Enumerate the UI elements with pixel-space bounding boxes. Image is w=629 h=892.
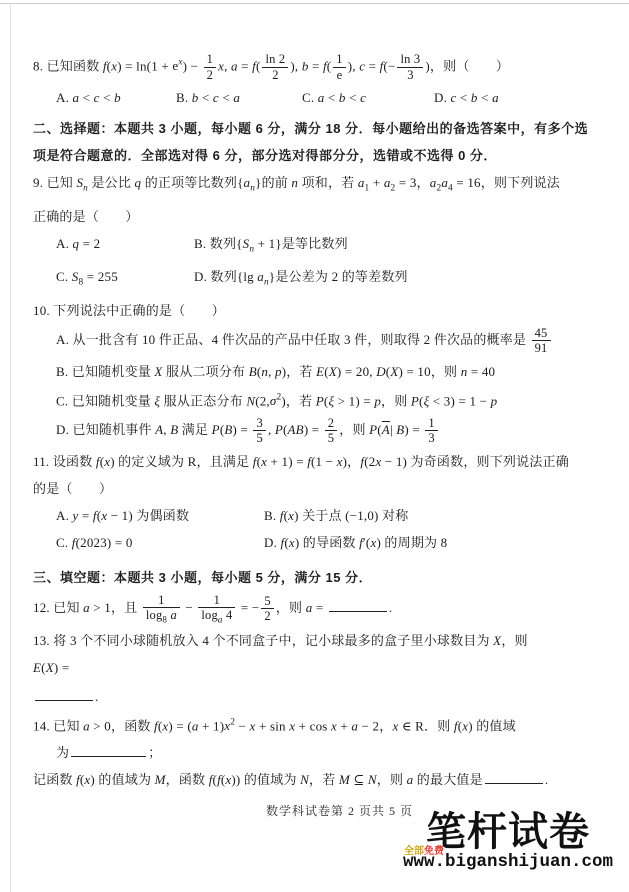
math-var: x [331, 718, 337, 733]
math-sup: σ2 [270, 393, 282, 408]
question-9-options-row2-col-1: C. S8 = 255 [56, 265, 194, 295]
math-var: P [411, 393, 419, 408]
section-2-header-line1: 二、选择题：本题共 3 小题，每小题 6 分，满分 18 分．每小题给出的备选答… [33, 117, 603, 140]
blank-underline [329, 596, 387, 612]
question-10-option-d: D. 已知随机事件 A, B 满足 P(B) = 35, P(AB) = 25，… [33, 416, 603, 446]
math-var: x [375, 454, 381, 469]
math-var: x [101, 508, 107, 523]
math-var: q [135, 175, 142, 190]
math-var: f [360, 454, 364, 469]
math-var: M [155, 772, 166, 787]
question-9-options-row2: C. S8 = 255D. 数列{lg an}是公差为 2 的等差数列 [33, 265, 603, 295]
section-2-header-line2: 项是符合题意的．全部选对得 6 分，部分选对得部分分，选错或不选得 0 分． [33, 144, 603, 167]
math-var: a [83, 718, 90, 733]
question-8-options-col-1: A. a < c < b [56, 86, 176, 109]
fraction: 35 [253, 416, 265, 446]
math-sup: ex [172, 58, 182, 73]
math-var: x [392, 718, 398, 733]
math-sub: a2 [384, 175, 396, 190]
question-11-options-row1: A. y = f(x − 1) 为偶函数B. f(x) 关于点 (−1,0) 对… [33, 504, 603, 527]
question-9-options-row1: A. q = 2B. 数列{Sn + 1}是等比数列 [33, 232, 603, 262]
math-var: p [491, 393, 498, 408]
math-var: f [280, 508, 284, 523]
math-var: y [73, 508, 79, 523]
math-var: f [253, 454, 257, 469]
math-var: A [155, 422, 163, 437]
exam-content: 8. 已知函数 f(x) = ln(1 + ex) − 12x, a = f(l… [33, 52, 603, 795]
question-10-option-a: A. 从一批含有 10 件正品、4 件次品的产品中任取 3 件，则取得 2 件次… [33, 326, 603, 356]
math-var: B [396, 422, 404, 437]
math-var: ξ [424, 393, 430, 408]
math-var: c [451, 90, 457, 105]
fraction: 1e [333, 52, 345, 82]
math-var: x [289, 718, 295, 733]
watermark: 全部免费 笔杆试卷 www.biganshijuan.com [392, 810, 624, 872]
question-8-options-col-2: B. b < c < a [176, 86, 302, 109]
math-sub: an [244, 175, 256, 190]
math-var: x [462, 718, 468, 733]
math-var: a [318, 90, 325, 105]
math-var: E [316, 364, 324, 379]
math-var: B [224, 422, 232, 437]
question-10-option-c: C. 已知随机变量 ξ 服从正态分布 N(2,σ2)，若 P(ξ > 1) = … [33, 387, 603, 412]
math-var: a [231, 58, 238, 73]
math-var: f [154, 718, 158, 733]
question-14-blank: 为； [33, 741, 603, 764]
math-var: P [316, 393, 324, 408]
math-var: N [300, 772, 309, 787]
fraction: 4591 [532, 326, 551, 356]
fraction: 52 [261, 594, 273, 624]
math-var: a [83, 600, 90, 615]
question-13-expression: E(X) = [33, 656, 603, 679]
page-left-edge [10, 3, 11, 892]
math-var: f [307, 454, 311, 469]
question-10-option-b: B. 已知随机变量 X 服从二项分布 B(n, p)，若 E(X) = 20, … [33, 360, 603, 383]
math-var: b [192, 90, 199, 105]
math-var: a [306, 600, 313, 615]
math-var: n [461, 364, 468, 379]
fraction: ln 33 [397, 52, 423, 82]
badge-part-red: 免费 [424, 846, 444, 857]
math-var: f [96, 454, 100, 469]
blank-underline [485, 768, 543, 784]
math-var: f [281, 535, 285, 550]
question-11-options-row2-col-1: C. f(2023) = 0 [56, 531, 264, 554]
question-8-options-col-4: D. c < b < a [434, 86, 499, 109]
blank-underline [71, 741, 146, 757]
math-var: P [275, 422, 283, 437]
math-sub: Sn [76, 175, 88, 190]
math-var: f [252, 58, 256, 73]
question-12: 12. 已知 a > 1，且 1log8 a − 1loga 4 = −52，则… [33, 593, 603, 625]
watermark-free-badge: 全部免费 [404, 847, 444, 857]
math-var: N [368, 772, 377, 787]
math-var: x [218, 58, 224, 73]
math-var: X [390, 364, 398, 379]
page-top-edge [0, 3, 629, 4]
question-9-options-row1-col-1: A. q = 2 [56, 232, 194, 262]
exam-page: 8. 已知函数 f(x) = ln(1 + ex) − 12x, a = f(l… [0, 0, 629, 892]
question-11-options-row1-col-1: A. y = f(x − 1) 为偶函数 [56, 504, 264, 527]
section-3-header: 三、填空题：本题共 3 小题，每小题 5 分，满分 15 分． [33, 566, 603, 589]
fraction: 12 [204, 52, 216, 82]
math-var: f [93, 508, 97, 523]
question-9-stem: 9. 已知 Sn 是公比 q 的正项等比数列{an}的前 n 项和，若 a1 +… [33, 171, 603, 201]
math-var: b [339, 90, 346, 105]
math-sub: loga [201, 608, 222, 622]
math-var: x [104, 454, 110, 469]
math-var: X [329, 364, 337, 379]
math-var: x [288, 508, 294, 523]
math-var: x [337, 454, 343, 469]
math-var: a [407, 772, 414, 787]
question-8-options-col-3: C. a < b < c [302, 86, 434, 109]
math-var: n [261, 364, 268, 379]
math-var: X [154, 364, 162, 379]
math-sub: a4 [441, 175, 453, 190]
question-9-stem-cont: 正确的是（ ） [33, 205, 603, 228]
math-sup: x2 [224, 718, 235, 733]
question-13-blank: . [33, 685, 603, 708]
math-var: P [212, 422, 220, 437]
question-8-stem: 8. 已知函数 f(x) = ln(1 + ex) − 12x, a = f(l… [33, 52, 603, 82]
math-var: x [261, 454, 267, 469]
fraction: ln 22 [262, 52, 288, 82]
question-9-options-row1-col-2: B. 数列{Sn + 1}是等比数列 [194, 232, 348, 262]
question-11-stem: 11. 设函数 f(x) 的定义域为 R，且满足 f(x + 1) = f(1 … [33, 450, 603, 473]
math-var: N [246, 393, 255, 408]
math-var: X [46, 660, 54, 675]
math-var: a [492, 90, 499, 105]
math-var: p [275, 364, 282, 379]
math-var: c [94, 90, 100, 105]
math-var: x [162, 718, 168, 733]
math-var: D [376, 364, 386, 379]
math-var: x [225, 772, 231, 787]
math-var: f [454, 718, 458, 733]
math-var: c [359, 58, 365, 73]
math-var: f [72, 535, 76, 550]
math-var: q [73, 236, 80, 251]
math-var: a [73, 90, 80, 105]
math-var: x [111, 58, 117, 73]
math-var: X [493, 633, 501, 648]
fraction: 25 [325, 416, 337, 446]
math-var: x [370, 535, 376, 550]
math-var: a [351, 718, 358, 733]
math-var: x [84, 772, 90, 787]
question-11-options-row2-col-2: D. f(x) 的导函数 f′(x) 的周期为 8 [264, 531, 447, 554]
question-13-stem: 13. 将 3 个不同小球随机放入 4 个不同盒子中，记小球最多的盒子里小球数目… [33, 629, 603, 652]
math-var: AB [288, 422, 304, 437]
question-9-options-row2-col-2: D. 数列{lg an}是公差为 2 的等差数列 [194, 265, 408, 295]
fraction: 1log8 a [143, 593, 180, 625]
math-var: f [380, 58, 384, 73]
math-var: a [192, 718, 199, 733]
math-var: c [213, 90, 219, 105]
math-var: f [103, 58, 107, 73]
math-var: M [339, 772, 350, 787]
math-var: ξ [328, 393, 334, 408]
math-var: f [217, 772, 221, 787]
math-var: b [471, 90, 478, 105]
math-sub: a2 [430, 175, 442, 190]
math-var: p [374, 393, 381, 408]
math-var: a [233, 90, 240, 105]
math-var: a [170, 608, 176, 622]
math-sub: a1 [358, 175, 370, 190]
question-11-stem-cont: 的是（ ） [33, 477, 603, 500]
math-var: f [76, 772, 80, 787]
math-sub: log8 [146, 608, 167, 622]
math-sub: Sn [243, 236, 255, 251]
overline-var: A [382, 422, 390, 437]
fraction: 1loga 4 [198, 593, 235, 625]
question-10-stem: 10. 下列说法中正确的是（ ） [33, 299, 603, 322]
blank-underline [35, 685, 93, 701]
math-var: f [209, 772, 213, 787]
math-var: x [250, 718, 256, 733]
question-14-cont: 记函数 f(x) 的值域为 M，函数 f(f(x)) 的值域为 N，若 M ⊆ … [33, 768, 603, 791]
math-sub: an [257, 269, 269, 284]
math-var: E [33, 660, 41, 675]
question-11-options-row2: C. f(2023) = 0D. f(x) 的导函数 f′(x) 的周期为 8 [33, 531, 603, 554]
math-var: ξ [154, 393, 160, 408]
math-var: B [170, 422, 178, 437]
fraction: 13 [425, 416, 437, 446]
question-11-options-row1-col-2: B. f(x) 关于点 (−1,0) 对称 [264, 504, 408, 527]
math-sub: S8 [72, 269, 84, 284]
math-var: b [302, 58, 309, 73]
math-var: c [360, 90, 366, 105]
badge-part-yellow: 全部 [404, 846, 424, 857]
math-var: B [249, 364, 257, 379]
question-8-options: A. a < c < bB. b < c < aC. a < b < cD. c… [33, 86, 603, 109]
math-var: P [369, 422, 377, 437]
math-var: n [291, 175, 298, 190]
question-14-stem: 14. 已知 a > 0，函数 f(x) = (a + 1)x2 − x + s… [33, 712, 603, 737]
math-var: f [359, 535, 363, 550]
math-var: f [323, 58, 327, 73]
math-var: x [289, 535, 295, 550]
math-var: b [114, 90, 121, 105]
